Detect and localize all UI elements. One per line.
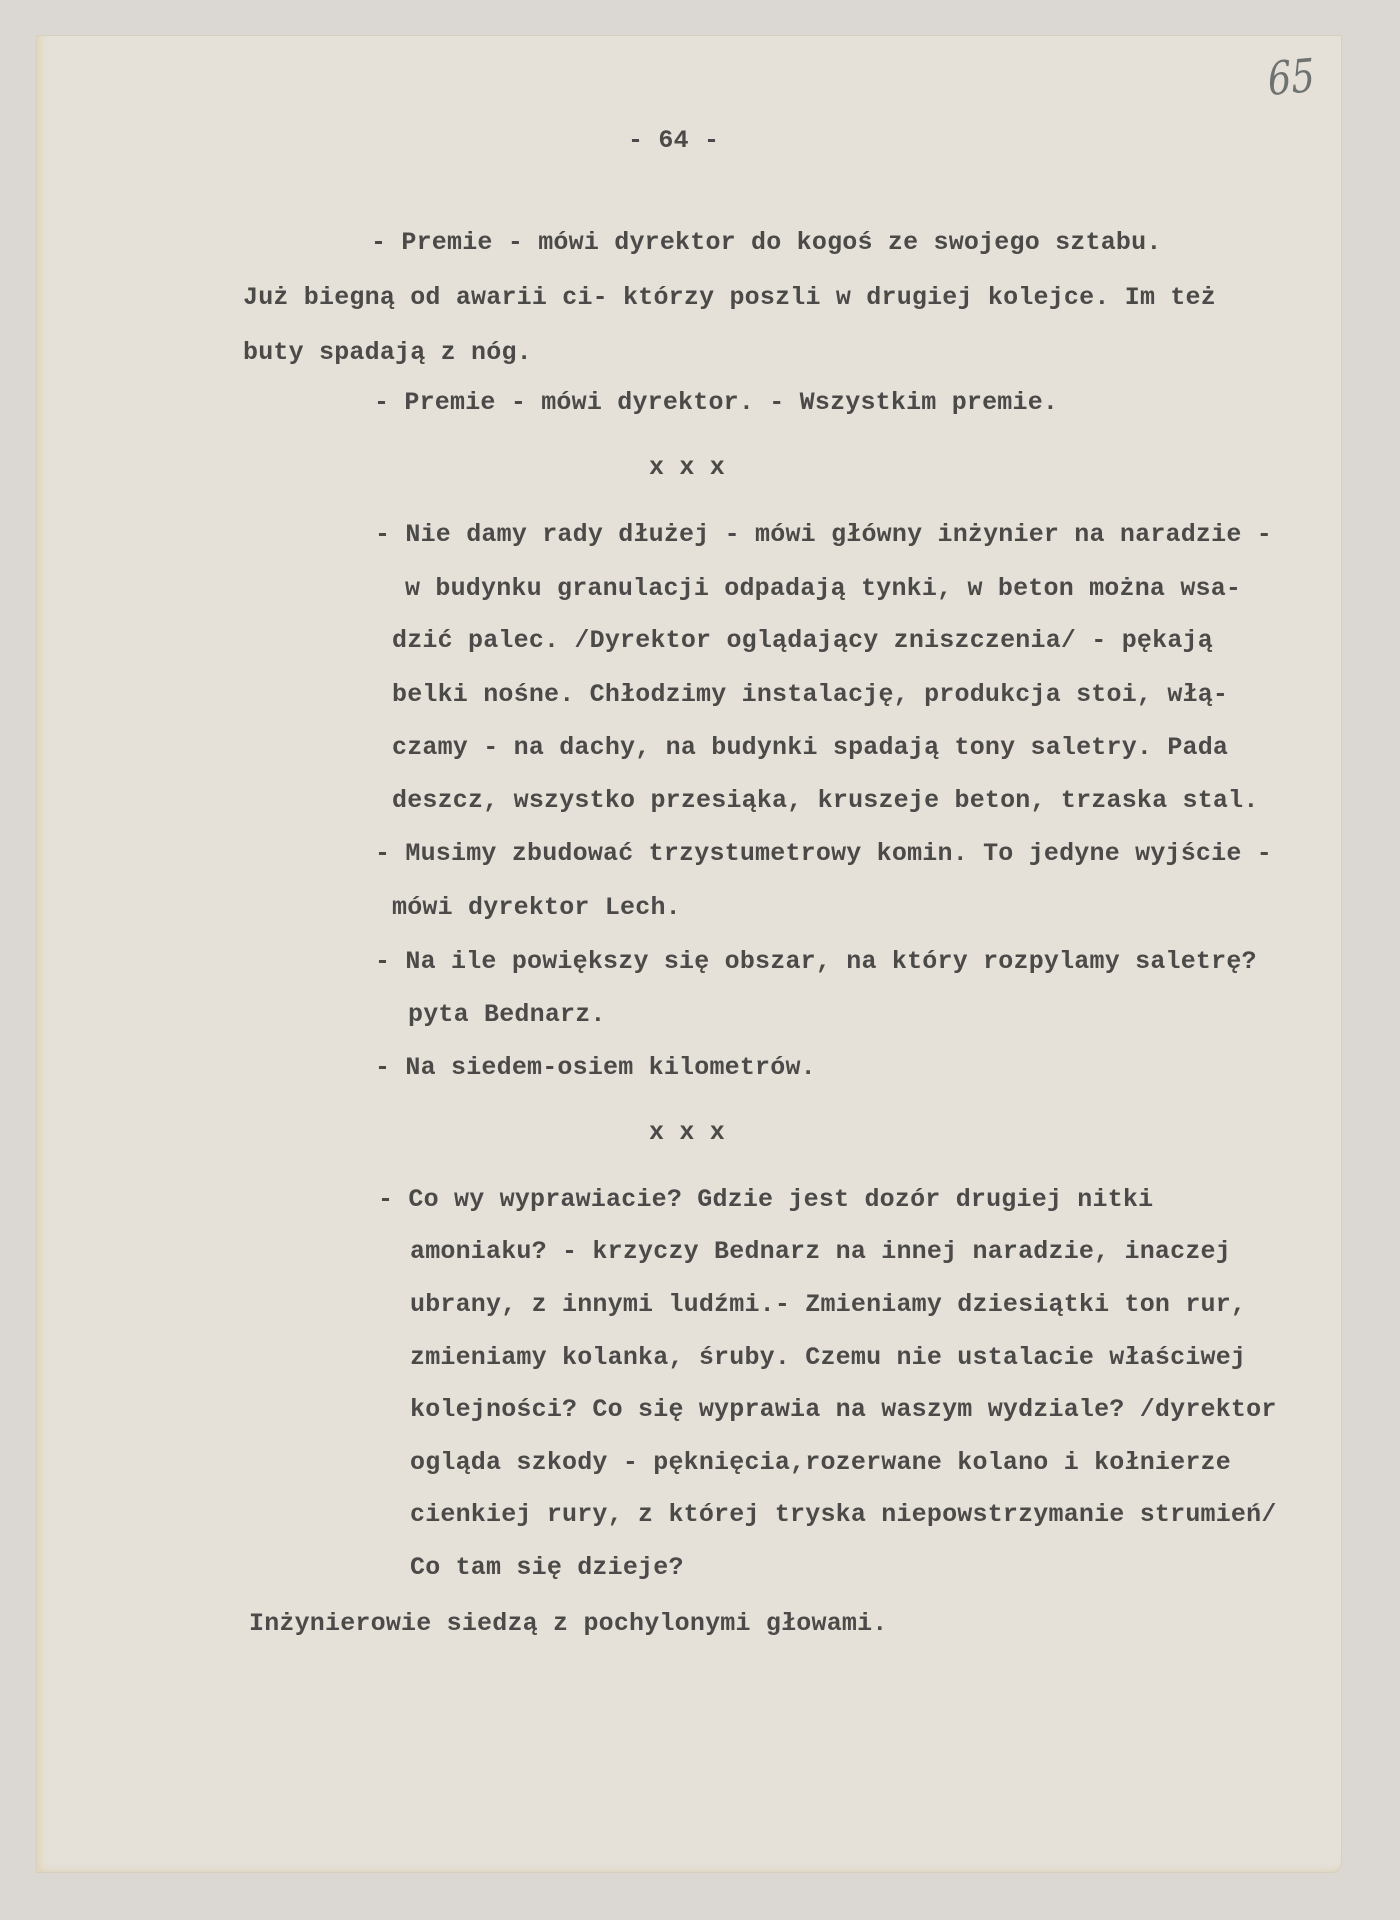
text-line: kolejności? Co się wyprawia na waszym wy… (410, 1395, 1277, 1425)
text-line: czamy - na dachy, na budynki spadają ton… (392, 733, 1228, 763)
text-line: buty spadają z nóg. (243, 338, 532, 368)
text-line: mówi dyrektor Lech. (392, 893, 681, 923)
section-separator: x x x (649, 1118, 725, 1148)
section-separator: x x x (649, 453, 725, 483)
text-line: - Na ile powiększy się obszar, na który … (375, 947, 1257, 977)
text-line: - Premie - mówi dyrektor do kogoś ze swo… (371, 228, 1162, 258)
text-line: - Co wy wyprawiacie? Gdzie jest dozór dr… (378, 1185, 1153, 1215)
text-line: ogląda szkody - pęknięcia,rozerwane kola… (410, 1448, 1231, 1478)
text-line: zmieniamy kolanka, śruby. Czemu nie usta… (410, 1343, 1246, 1373)
text-line: amoniaku? - krzyczy Bednarz na innej nar… (410, 1237, 1231, 1267)
text-line: - Na siedem-osiem kilometrów. (375, 1053, 816, 1083)
text-line: Co tam się dzieje? (410, 1553, 684, 1583)
text-line: - Musimy zbudować trzystumetrowy komin. … (375, 839, 1272, 869)
text-line: deszcz, wszystko przesiąka, kruszeje bet… (392, 786, 1259, 816)
text-line: w budynku granulacji odpadają tynki, w b… (405, 574, 1241, 604)
text-line: belki nośne. Chłodzimy instalację, produ… (392, 680, 1228, 710)
text-line: cienkiej rury, z której tryska niepowstr… (410, 1500, 1277, 1530)
text-line: - Premie - mówi dyrektor. - Wszystkim pr… (374, 388, 1058, 418)
handwritten-folio-number: 65 (1266, 48, 1316, 106)
text-line: ubrany, z innymi ludźmi.- Zmieniamy dzie… (410, 1290, 1246, 1320)
text-line: - Nie damy rady dłużej - mówi główny inż… (375, 520, 1272, 550)
text-line: dzić palec. /Dyrektor oglądający zniszcz… (392, 626, 1213, 656)
text-line: Inżynierowie siedzą z pochylonymi głowam… (249, 1609, 888, 1639)
text-line: pyta Bednarz. (408, 1000, 606, 1030)
typed-page-number: - 64 - (628, 126, 719, 156)
text-line: Już biegną od awarii ci- którzy poszli w… (243, 283, 1216, 313)
